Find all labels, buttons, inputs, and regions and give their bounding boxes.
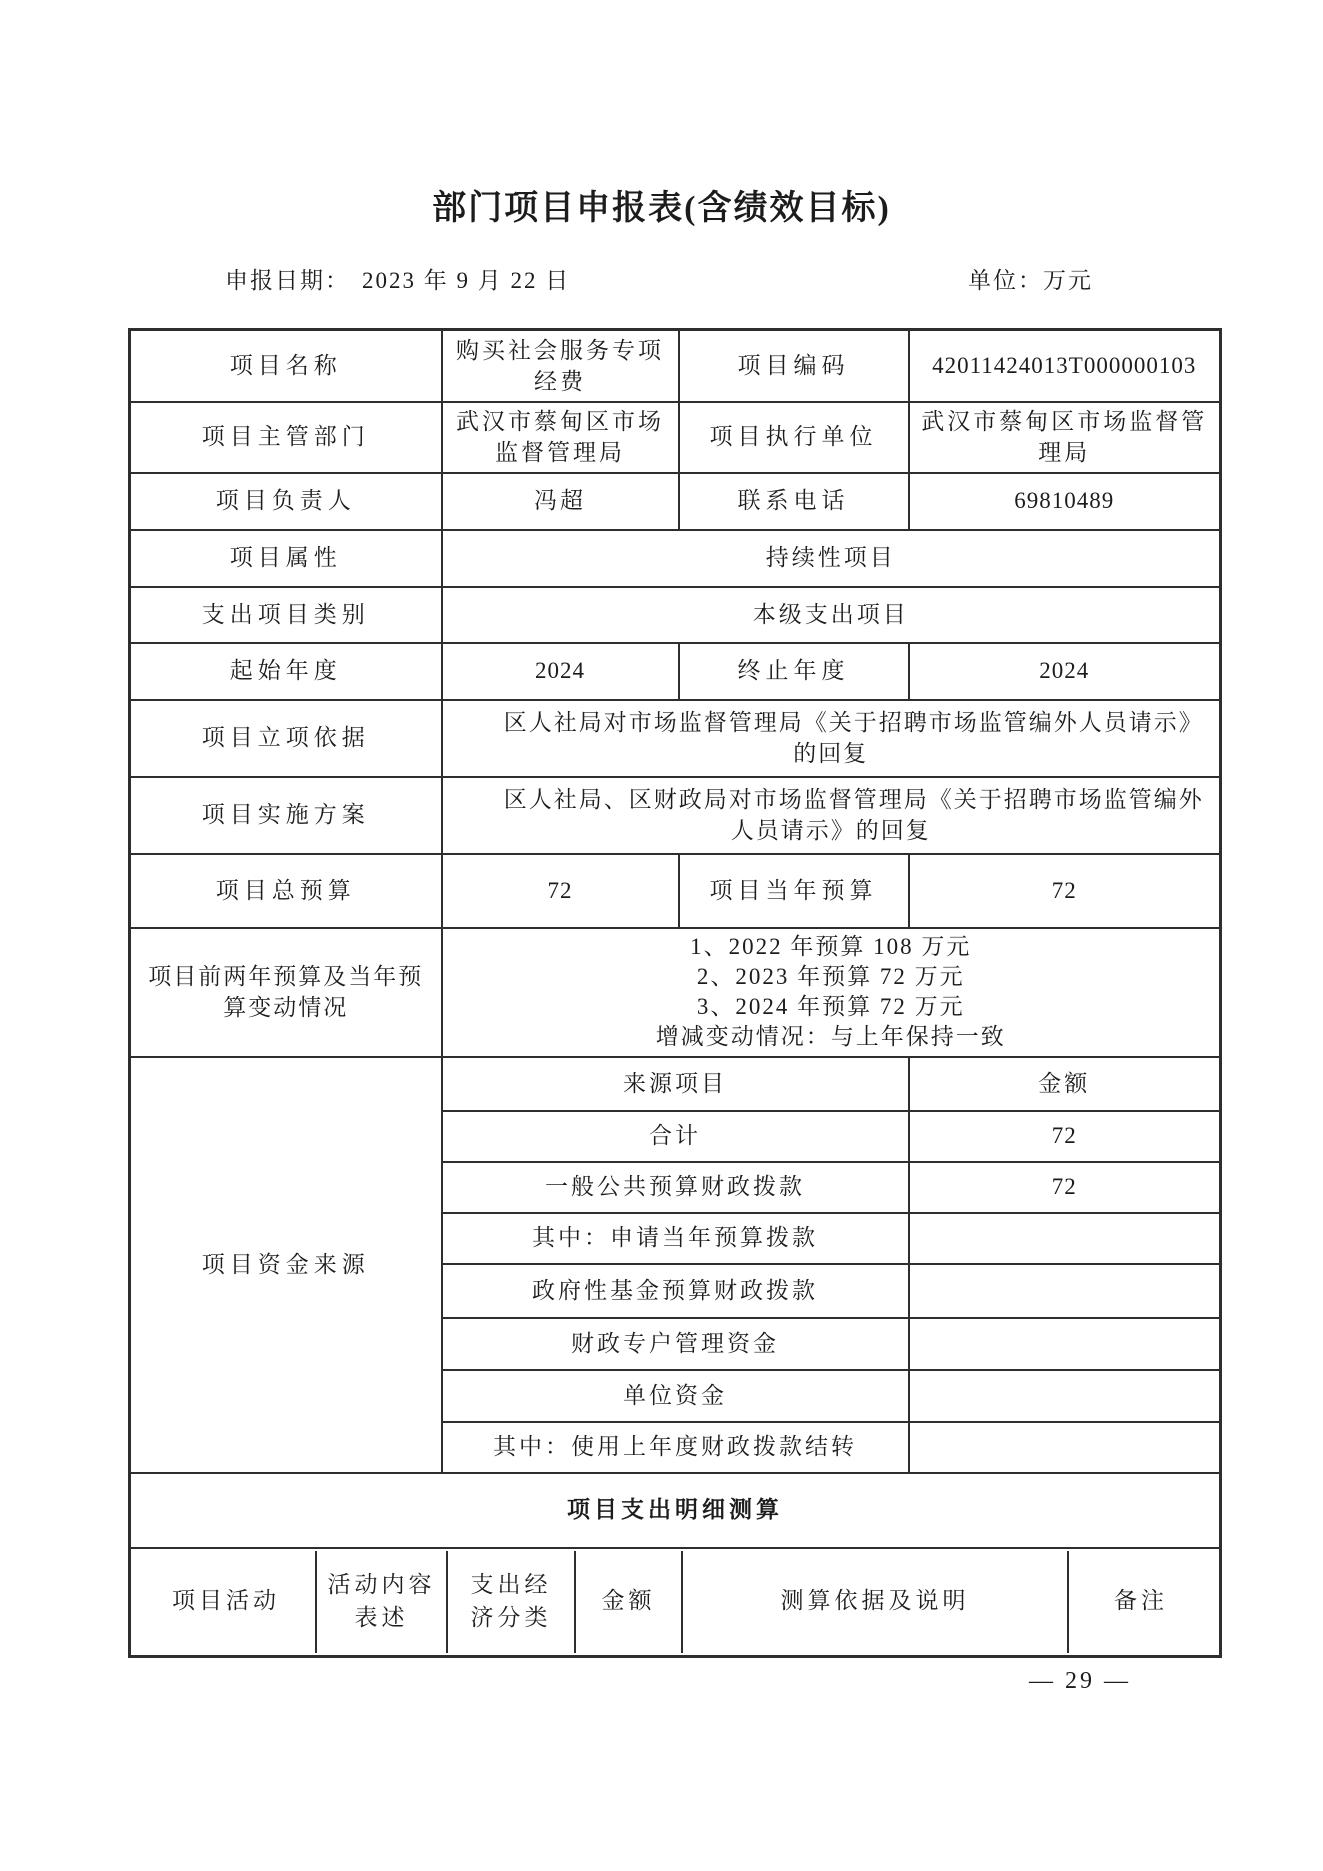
history-line: 3、2024 年预算 72 万元: [449, 992, 1214, 1022]
project-code-value: 42011424013T000000103: [909, 330, 1221, 402]
history-value: 1、2022 年预算 108 万元 2、2023 年预算 72 万元 3、202…: [442, 928, 1221, 1057]
current-budget-value: 72: [909, 854, 1221, 928]
row-budget: 项目总预算 72 项目当年预算 72: [130, 854, 1221, 928]
total-budget-value: 72: [442, 854, 679, 928]
leader-label: 项目负责人: [130, 473, 442, 530]
phone-value: 69810489: [909, 473, 1221, 530]
unit-note: 单位：万元: [968, 262, 1093, 295]
history-label: 项目前两年预算及当年预算变动情况: [130, 928, 442, 1057]
row-basis: 项目立项依据 区人社局对市场监督管理局《关于招聘市场监管编外人员请示》的回复: [130, 700, 1221, 777]
exec-unit-label: 项目执行单位: [679, 402, 909, 473]
history-line: 2、2023 年预算 72 万元: [449, 962, 1214, 992]
funding-row-name: 合计: [442, 1111, 909, 1162]
row-leader: 项目负责人 冯超 联系电话 69810489: [130, 473, 1221, 530]
page-title: 部门项目申报表(含绩效目标): [0, 180, 1323, 229]
funding-row-name: 单位资金: [442, 1370, 909, 1422]
funding-label: 项目资金来源: [130, 1057, 442, 1473]
meta-row: 申报日期：2023 年 9 月 22 日 单位：万元: [225, 262, 1093, 295]
current-budget-label: 项目当年预算: [679, 854, 909, 928]
end-year-label: 终止年度: [679, 643, 909, 700]
history-line: 增减变动情况：与上年保持一致: [449, 1022, 1214, 1052]
project-code-label: 项目编码: [679, 330, 909, 402]
expense-type-value: 本级支出项目: [442, 587, 1221, 643]
row-detail-headers: 项目活动 活动内容表述 支出经济分类 金额 测算依据及说明 备注: [130, 1548, 1221, 1657]
detail-header-expense-classification: 支出经济分类: [448, 1551, 576, 1653]
detail-header-cells: 项目活动 活动内容表述 支出经济分类 金额 测算依据及说明 备注: [137, 1551, 1213, 1653]
history-line: 1、2022 年预算 108 万元: [449, 932, 1214, 962]
expense-type-label: 支出项目类别: [130, 587, 442, 643]
dept-value: 武汉市蔡甸区市场监督管理局: [442, 402, 679, 473]
detail-header-row: 项目活动 活动内容表述 支出经济分类 金额 测算依据及说明 备注: [130, 1548, 1221, 1657]
row-detail-title: 项目支出明细测算: [130, 1473, 1221, 1548]
detail-header-project-activity: 项目活动: [137, 1551, 317, 1653]
detail-header-remarks: 备注: [1069, 1551, 1213, 1653]
row-dept: 项目主管部门 武汉市蔡甸区市场监督管理局 项目执行单位 武汉市蔡甸区市场监督管理…: [130, 402, 1221, 473]
start-year-label: 起始年度: [130, 643, 442, 700]
dept-label: 项目主管部门: [130, 402, 442, 473]
total-budget-label: 项目总预算: [130, 854, 442, 928]
leader-value: 冯超: [442, 473, 679, 530]
detail-header-calculation-basis: 测算依据及说明: [683, 1551, 1069, 1653]
page-number: — 29 —: [990, 1668, 1170, 1695]
funding-row-amount: 72: [909, 1111, 1221, 1162]
row-project-name: 项目名称 购买社会服务专项经费 项目编码 42011424013T0000001…: [130, 330, 1221, 402]
funding-row-amount: [909, 1213, 1221, 1264]
basis-value: 区人社局对市场监督管理局《关于招聘市场监管编外人员请示》的回复: [442, 700, 1221, 777]
exec-unit-value: 武汉市蔡甸区市场监督管理局: [909, 402, 1221, 473]
funding-row-name: 政府性基金预算财政拨款: [442, 1264, 909, 1318]
row-attribute: 项目属性 持续性项目: [130, 530, 1221, 587]
project-declaration-table: 项目名称 购买社会服务专项经费 项目编码 42011424013T0000001…: [128, 328, 1222, 1658]
funding-row-name: 一般公共预算财政拨款: [442, 1162, 909, 1213]
row-plan: 项目实施方案 区人社局、区财政局对市场监督管理局《关于招聘市场监管编外人员请示》…: [130, 777, 1221, 854]
declare-date: 申报日期：2023 年 9 月 22 日: [225, 262, 570, 295]
declare-date-label: 申报日期：: [225, 268, 350, 293]
end-year-value: 2024: [909, 643, 1221, 700]
funding-row-amount: [909, 1370, 1221, 1422]
project-name-label: 项目名称: [130, 330, 442, 402]
attribute-value: 持续性项目: [442, 530, 1221, 587]
document-page: 部门项目申报表(含绩效目标) 申报日期：2023 年 9 月 22 日 单位：万…: [0, 0, 1323, 1871]
funding-row-amount: 72: [909, 1162, 1221, 1213]
plan-label: 项目实施方案: [130, 777, 442, 854]
funding-row-name: 其中：使用上年度财政拨款结转: [442, 1422, 909, 1473]
funding-row-amount: [909, 1422, 1221, 1473]
start-year-value: 2024: [442, 643, 679, 700]
funding-row-amount: [909, 1264, 1221, 1318]
declare-date-value: 2023 年 9 月 22 日: [362, 268, 570, 293]
phone-label: 联系电话: [679, 473, 909, 530]
row-funding-header: 项目资金来源 来源项目 金额: [130, 1057, 1221, 1111]
funding-row-amount: [909, 1318, 1221, 1370]
detail-section-title: 项目支出明细测算: [130, 1473, 1221, 1548]
row-expense-type: 支出项目类别 本级支出项目: [130, 587, 1221, 643]
plan-value: 区人社局、区财政局对市场监督管理局《关于招聘市场监管编外人员请示》的回复: [442, 777, 1221, 854]
detail-header-amount: 金额: [576, 1551, 683, 1653]
funding-row-name: 其中：申请当年预算拨款: [442, 1213, 909, 1264]
attribute-label: 项目属性: [130, 530, 442, 587]
funding-amount-header: 金额: [909, 1057, 1221, 1111]
detail-header-activity-description: 活动内容表述: [317, 1551, 448, 1653]
basis-label: 项目立项依据: [130, 700, 442, 777]
row-years: 起始年度 2024 终止年度 2024: [130, 643, 1221, 700]
row-history: 项目前两年预算及当年预算变动情况 1、2022 年预算 108 万元 2、202…: [130, 928, 1221, 1057]
funding-row-name: 财政专户管理资金: [442, 1318, 909, 1370]
project-name-value: 购买社会服务专项经费: [442, 330, 679, 402]
funding-source-header: 来源项目: [442, 1057, 909, 1111]
